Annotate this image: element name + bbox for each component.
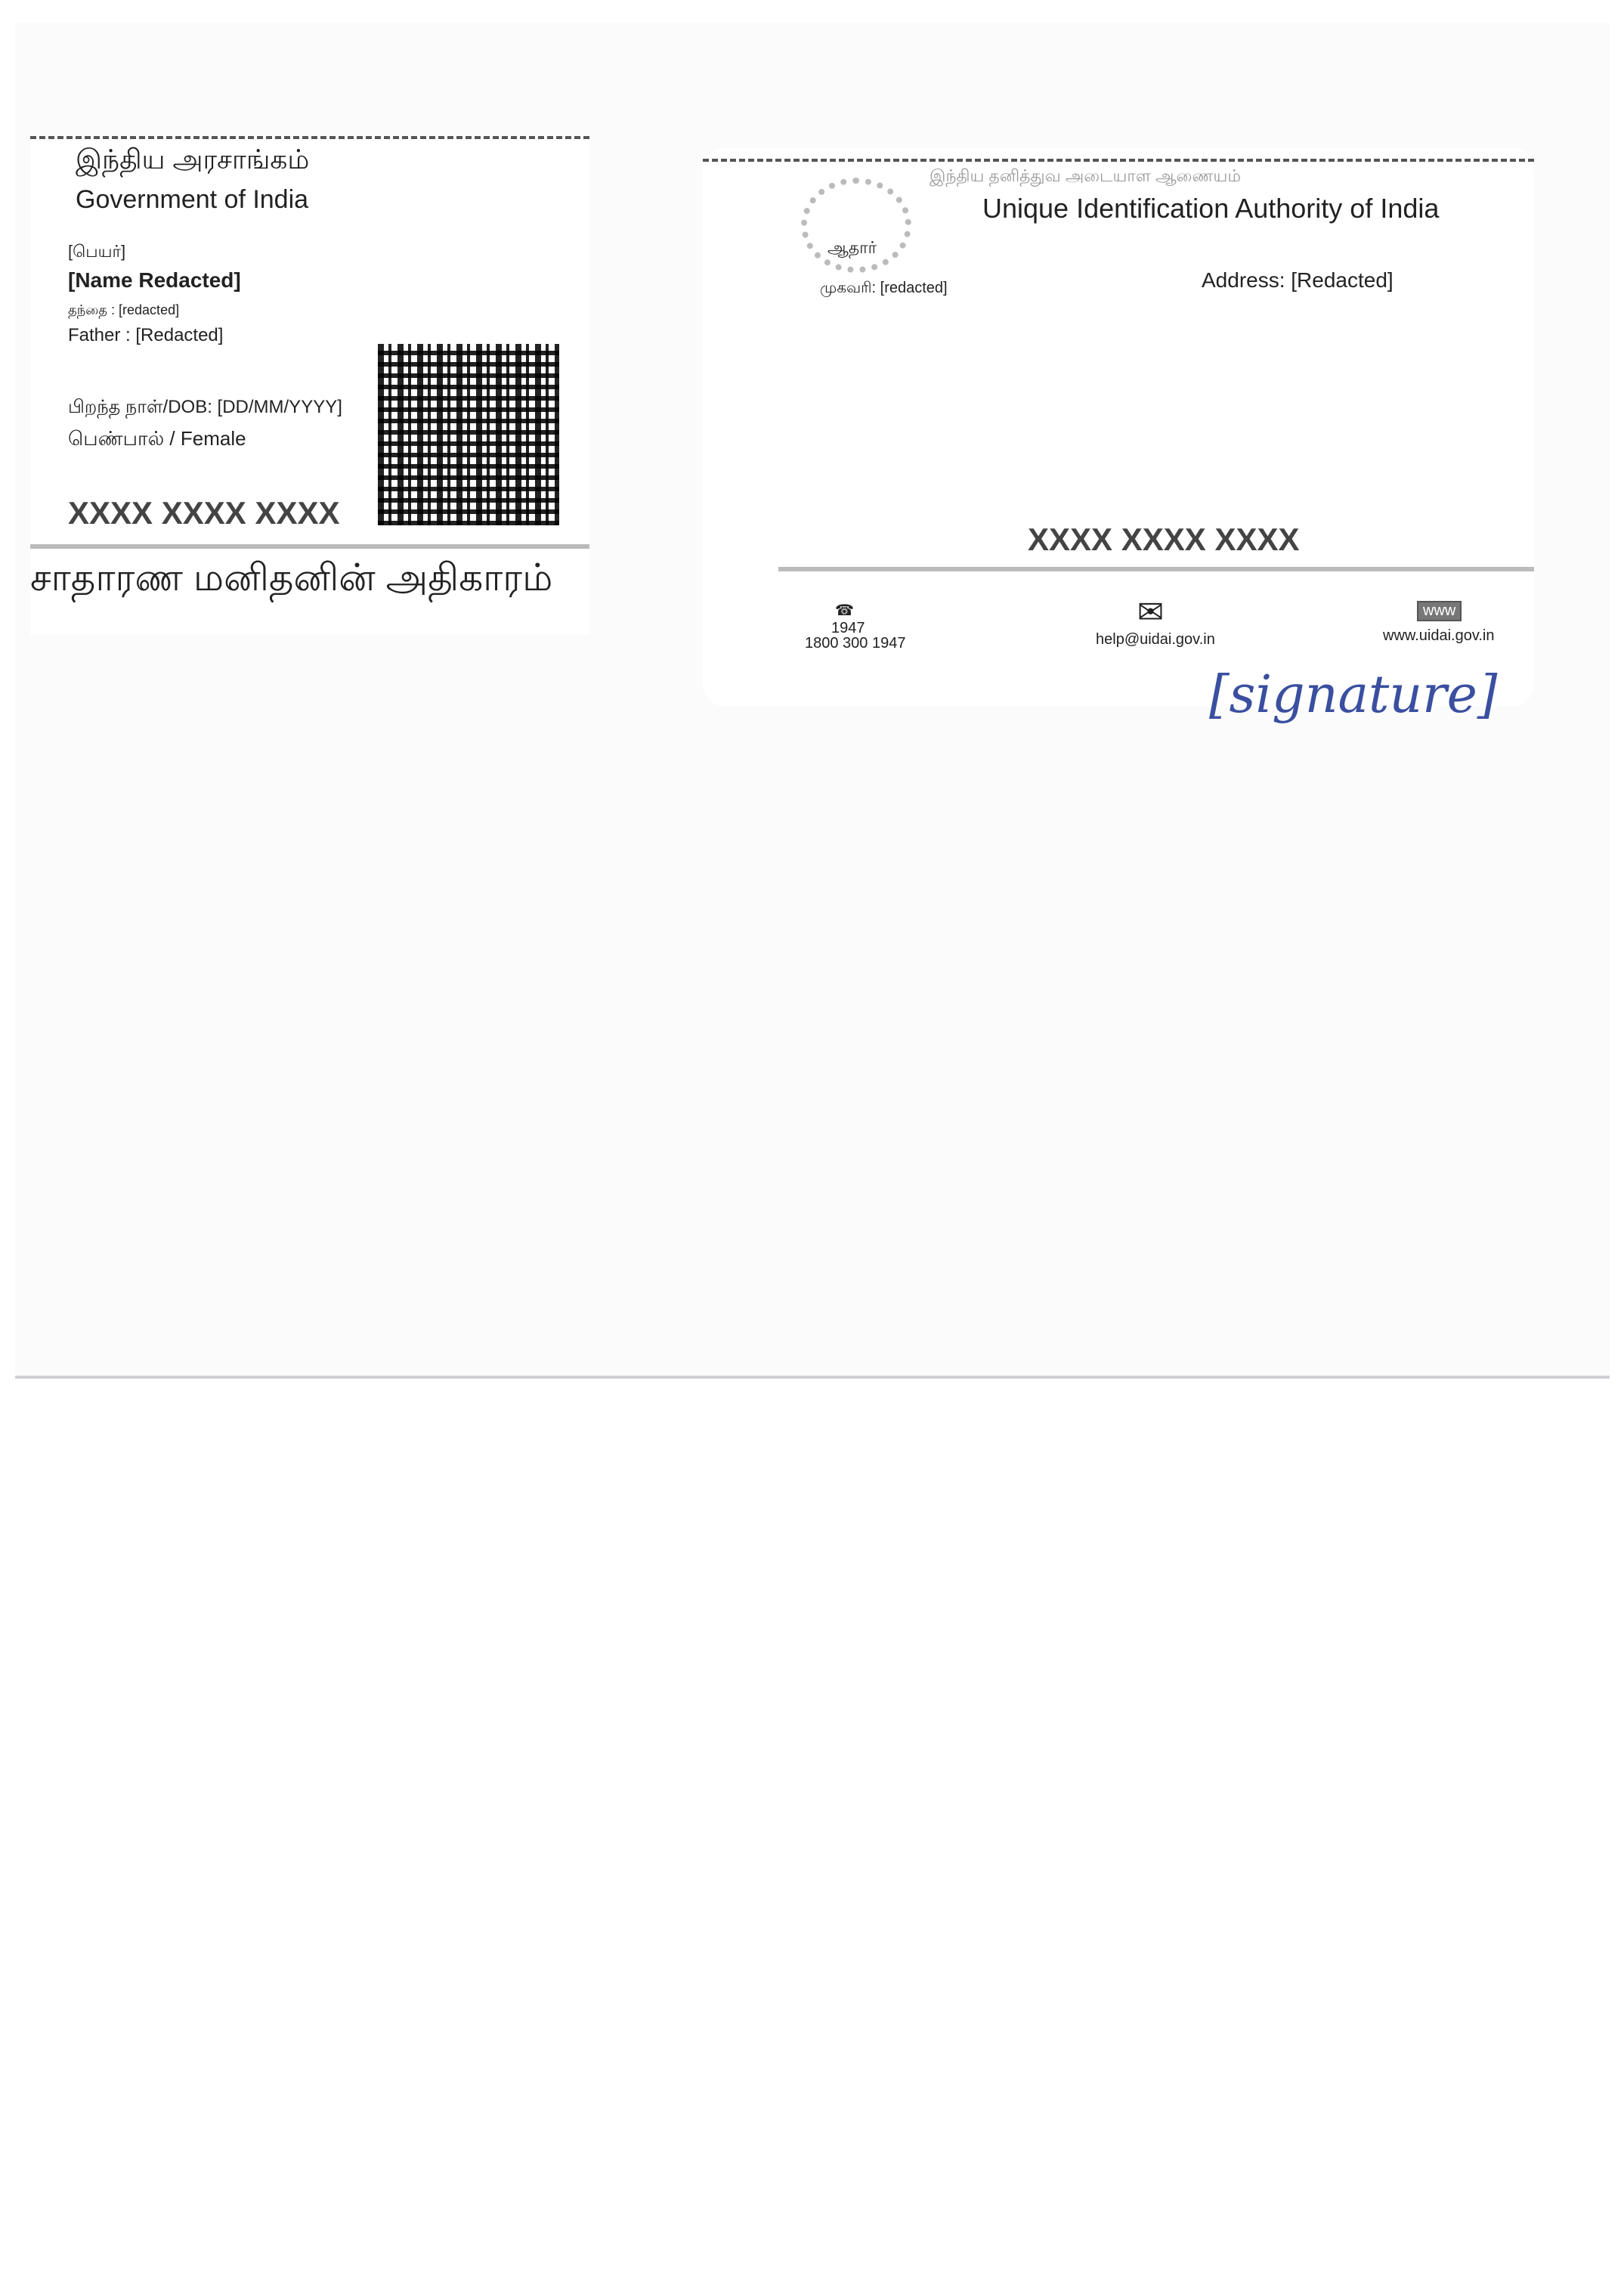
mail-icon: ✉ bbox=[1137, 593, 1164, 630]
slogan: சாதாரண மனிதனின் அதிகாரம் bbox=[30, 556, 552, 605]
header-tamil: இந்திய தனித்துவ அடையாள ஆணையம் bbox=[930, 166, 1241, 188]
aadhaar-back-card: ஆதார் இந்திய தனித்துவ அடையாள ஆணையம் Uniq… bbox=[703, 147, 1534, 707]
scanned-document: இந்திய அரசாங்கம் Government of India [பெ… bbox=[15, 23, 1610, 1379]
www-badge-icon: www bbox=[1417, 601, 1462, 621]
qr-code bbox=[378, 344, 559, 525]
aadhaar-front-card: இந்திய அரசாங்கம் Government of India [பெ… bbox=[30, 136, 589, 635]
divider bbox=[30, 544, 589, 549]
cut-line bbox=[30, 136, 589, 139]
cut-line bbox=[703, 159, 1534, 162]
aadhaar-number: XXXX XXXX XXXX bbox=[1028, 522, 1300, 558]
name-english: [Name Redacted] bbox=[68, 268, 241, 293]
header-english: Unique Identification Authority of India bbox=[982, 193, 1439, 224]
gov-english: Government of India bbox=[76, 185, 308, 215]
signature: [signature] bbox=[1209, 665, 1497, 725]
gov-tamil: இந்திய அரசாங்கம் bbox=[76, 144, 309, 179]
logo-label: ஆதார் bbox=[827, 238, 877, 260]
email: help@uidai.gov.in bbox=[1096, 631, 1215, 649]
address-english: Address: [Redacted] bbox=[1202, 268, 1394, 293]
phone-number: 1800 300 1947 bbox=[805, 635, 905, 652]
gender: பெண்பால் / Female bbox=[68, 427, 246, 453]
website: www.uidai.gov.in bbox=[1383, 627, 1494, 645]
father-tamil: தந்தை : [redacted] bbox=[68, 302, 179, 320]
dob: பிறந்த நாள்/DOB: [DD/MM/YYYY] bbox=[68, 397, 342, 419]
name-tamil: [பெயர்] bbox=[68, 242, 125, 264]
divider bbox=[778, 567, 1534, 571]
address-tamil: முகவரி: [redacted] bbox=[820, 280, 948, 299]
phone-icon: ☎ bbox=[835, 601, 854, 620]
father-english: Father : [Redacted] bbox=[68, 325, 223, 346]
aadhaar-number: XXXX XXXX XXXX bbox=[68, 495, 340, 531]
